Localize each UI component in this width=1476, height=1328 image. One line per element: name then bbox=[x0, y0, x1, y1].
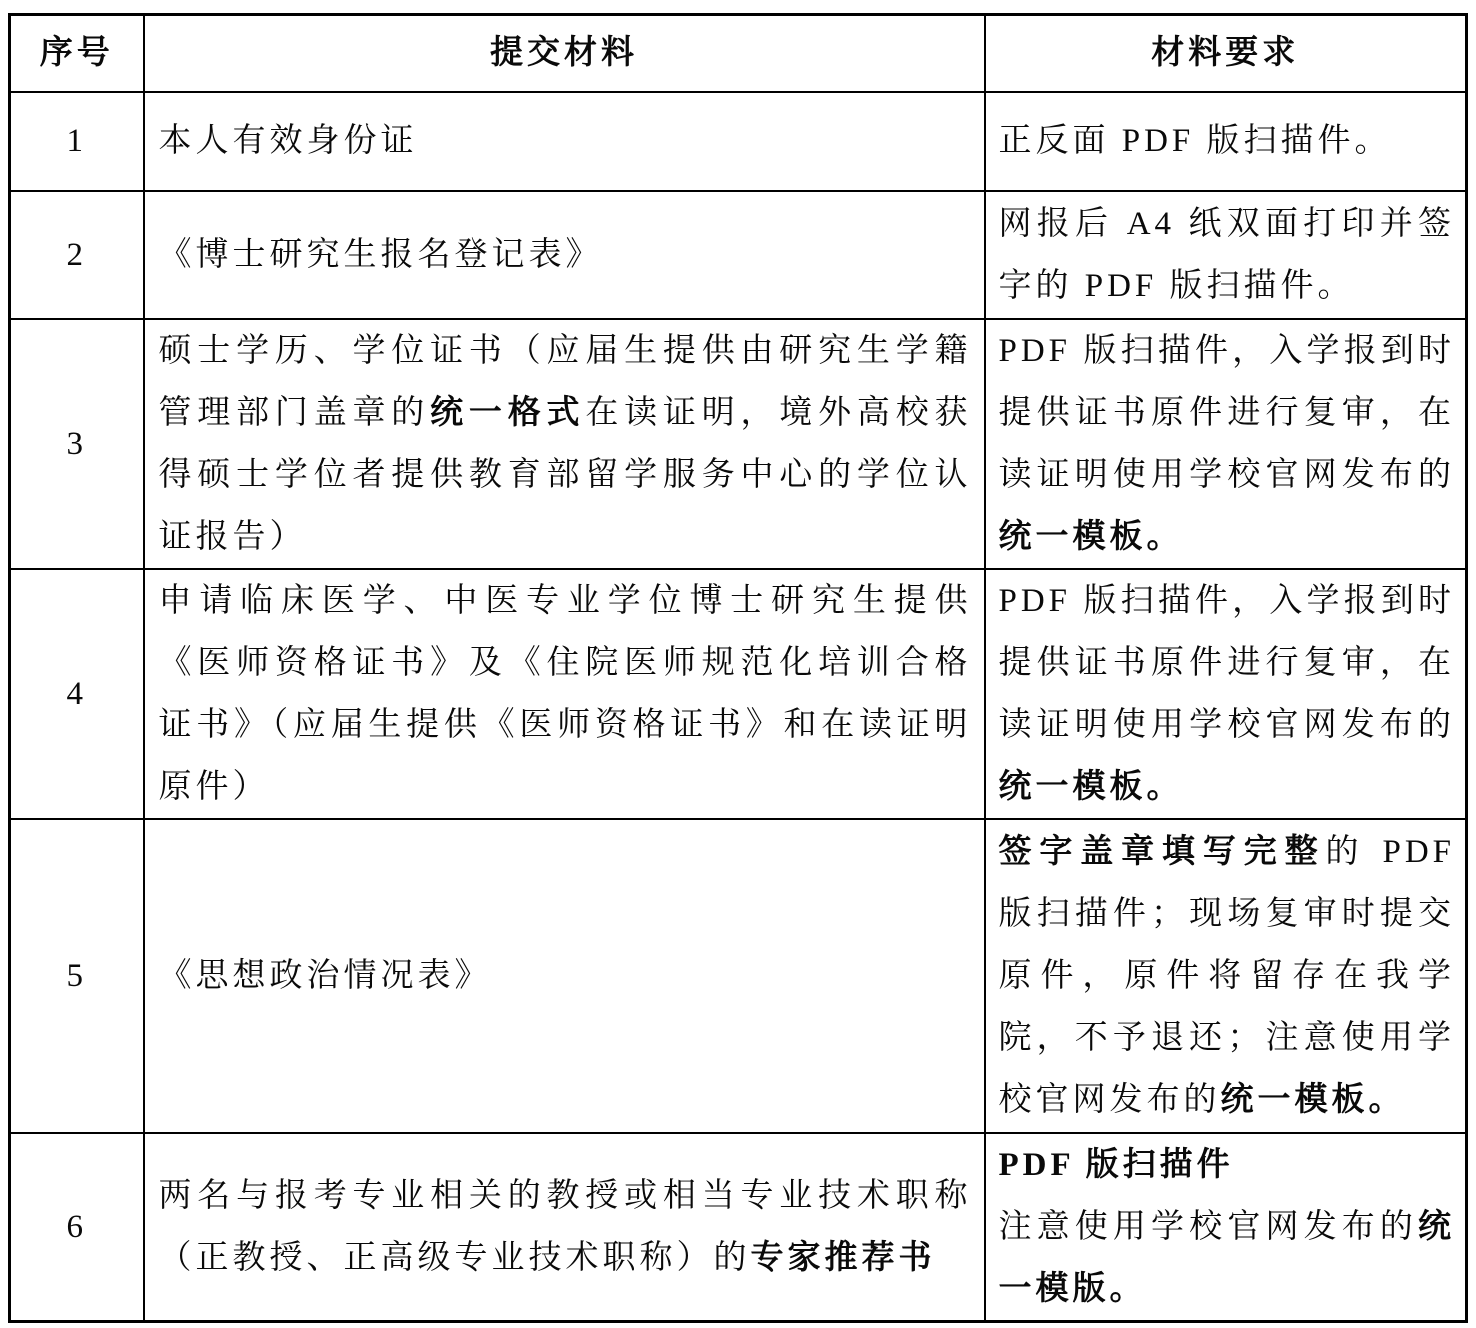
text-segment: 的 PDF 版扫描件；现场复审时提交原件，原件将留存在我学院，不予退还；注意使用… bbox=[999, 834, 1456, 1118]
seq-cell: 6 bbox=[10, 1133, 144, 1322]
seq-cell: 2 bbox=[10, 191, 144, 319]
text-segment: 本人有效身份证 bbox=[159, 123, 418, 159]
material-cell: 《思想政治情况表》 bbox=[144, 819, 985, 1133]
material-text: 硕士学历、学位证书（应届生提供由研究生学籍管理部门盖章的统一格式在读证明，境外高… bbox=[159, 320, 972, 568]
header-material: 提交材料 bbox=[144, 15, 985, 92]
text-segment-bold: 专家推荐书 bbox=[751, 1240, 936, 1276]
text-segment-bold: 统一模板。 bbox=[1221, 1082, 1406, 1118]
requirement-cell: 签字盖章填写完整的 PDF 版扫描件；现场复审时提交原件，原件将留存在我学院，不… bbox=[985, 819, 1467, 1133]
requirement-cell: 网报后 A4 纸双面打印并签字的 PDF 版扫描件。 bbox=[985, 191, 1467, 319]
table-row: 5 《思想政治情况表》 签字盖章填写完整的 PDF 版扫描件；现场复审时提交原件… bbox=[10, 819, 1467, 1133]
material-text: 两名与报考专业相关的教授或相当专业技术职称（正教授、正高级专业技术职称）的专家推… bbox=[159, 1165, 972, 1289]
table-row: 4 申请临床医学、中医专业学位博士研究生提供《医师资格证书》及《住院医师规范化培… bbox=[10, 569, 1467, 819]
text-segment: PDF 版扫描件，入学报到时提供证书原件进行复审，在读证明使用学校官网发布的 bbox=[999, 333, 1456, 493]
header-requirement-label: 材料要求 bbox=[1151, 35, 1299, 71]
document-page: 序号 提交材料 材料要求 1 本人有效身份证 正反面 PDF 版扫描件。 2 《… bbox=[0, 0, 1476, 1328]
header-seq-label: 序号 bbox=[40, 35, 114, 71]
requirement-cell: PDF 版扫描件，入学报到时提供证书原件进行复审，在读证明使用学校官网发布的统一… bbox=[985, 319, 1467, 569]
requirement-text: 网报后 A4 纸双面打印并签字的 PDF 版扫描件。 bbox=[999, 193, 1456, 317]
seq-number: 4 bbox=[67, 676, 88, 712]
text-segment-bold: 签字盖章填写完整 bbox=[999, 834, 1326, 870]
seq-cell: 1 bbox=[10, 92, 144, 191]
text-segment-bold: 统一格式 bbox=[430, 395, 585, 431]
requirement-cell: PDF 版扫描件，入学报到时提供证书原件进行复审，在读证明使用学校官网发布的统一… bbox=[985, 569, 1467, 819]
requirement-text: 注意使用学校官网发布的统一模版。 bbox=[999, 1196, 1456, 1320]
seq-cell: 4 bbox=[10, 569, 144, 819]
material-text: 申请临床医学、中医专业学位博士研究生提供《医师资格证书》及《住院医师规范化培训合… bbox=[159, 570, 972, 818]
requirement-text: 签字盖章填写完整的 PDF 版扫描件；现场复审时提交原件，原件将留存在我学院，不… bbox=[999, 821, 1456, 1131]
text-segment: 《博士研究生报名登记表》 bbox=[159, 237, 603, 273]
seq-number: 2 bbox=[67, 237, 88, 273]
seq-cell: 5 bbox=[10, 819, 144, 1133]
requirement-cell: 正反面 PDF 版扫描件。 bbox=[985, 92, 1467, 191]
text-segment-bold: PDF 版扫描件 bbox=[999, 1147, 1234, 1183]
table-row: 2 《博士研究生报名登记表》 网报后 A4 纸双面打印并签字的 PDF 版扫描件… bbox=[10, 191, 1467, 319]
seq-number: 3 bbox=[67, 426, 88, 462]
requirement-text: 正反面 PDF 版扫描件。 bbox=[999, 110, 1456, 172]
text-segment: PDF 版扫描件，入学报到时提供证书原件进行复审，在读证明使用学校官网发布的 bbox=[999, 583, 1456, 743]
text-segment: 注意使用学校官网发布的 bbox=[999, 1209, 1419, 1245]
seq-number: 5 bbox=[67, 958, 88, 994]
text-segment: 正反面 PDF 版扫描件。 bbox=[999, 123, 1392, 159]
table-row: 6 两名与报考专业相关的教授或相当专业技术职称（正教授、正高级专业技术职称）的专… bbox=[10, 1133, 1467, 1322]
text-segment-bold: 统一模板。 bbox=[999, 519, 1184, 555]
material-cell: 申请临床医学、中医专业学位博士研究生提供《医师资格证书》及《住院医师规范化培训合… bbox=[144, 569, 985, 819]
table-row: 3 硕士学历、学位证书（应届生提供由研究生学籍管理部门盖章的统一格式在读证明，境… bbox=[10, 319, 1467, 569]
seq-cell: 3 bbox=[10, 319, 144, 569]
text-segment-bold: 统一模板。 bbox=[999, 769, 1184, 805]
material-text: 《思想政治情况表》 bbox=[159, 945, 972, 1007]
material-cell: 《博士研究生报名登记表》 bbox=[144, 191, 985, 319]
materials-table: 序号 提交材料 材料要求 1 本人有效身份证 正反面 PDF 版扫描件。 2 《… bbox=[8, 13, 1468, 1323]
material-text: 本人有效身份证 bbox=[159, 110, 972, 172]
header-material-label: 提交材料 bbox=[490, 35, 638, 71]
seq-number: 6 bbox=[67, 1209, 88, 1245]
text-segment: 网报后 A4 纸双面打印并签字的 PDF 版扫描件。 bbox=[999, 206, 1456, 304]
text-segment: 《思想政治情况表》 bbox=[159, 958, 492, 994]
table-row: 1 本人有效身份证 正反面 PDF 版扫描件。 bbox=[10, 92, 1467, 191]
material-cell: 两名与报考专业相关的教授或相当专业技术职称（正教授、正高级专业技术职称）的专家推… bbox=[144, 1133, 985, 1322]
requirement-text: PDF 版扫描件，入学报到时提供证书原件进行复审，在读证明使用学校官网发布的统一… bbox=[999, 570, 1456, 818]
header-row: 序号 提交材料 材料要求 bbox=[10, 15, 1467, 92]
header-requirement: 材料要求 bbox=[985, 15, 1467, 92]
requirement-cell: PDF 版扫描件 注意使用学校官网发布的统一模版。 bbox=[985, 1133, 1467, 1322]
seq-number: 1 bbox=[67, 123, 88, 159]
text-segment: 申请临床医学、中医专业学位博士研究生提供《医师资格证书》及《住院医师规范化培训合… bbox=[159, 583, 972, 805]
material-cell: 硕士学历、学位证书（应届生提供由研究生学籍管理部门盖章的统一格式在读证明，境外高… bbox=[144, 319, 985, 569]
requirement-text: PDF 版扫描件 bbox=[999, 1134, 1456, 1196]
material-cell: 本人有效身份证 bbox=[144, 92, 985, 191]
requirement-text: PDF 版扫描件，入学报到时提供证书原件进行复审，在读证明使用学校官网发布的统一… bbox=[999, 320, 1456, 568]
header-seq: 序号 bbox=[10, 15, 144, 92]
material-text: 《博士研究生报名登记表》 bbox=[159, 224, 972, 286]
